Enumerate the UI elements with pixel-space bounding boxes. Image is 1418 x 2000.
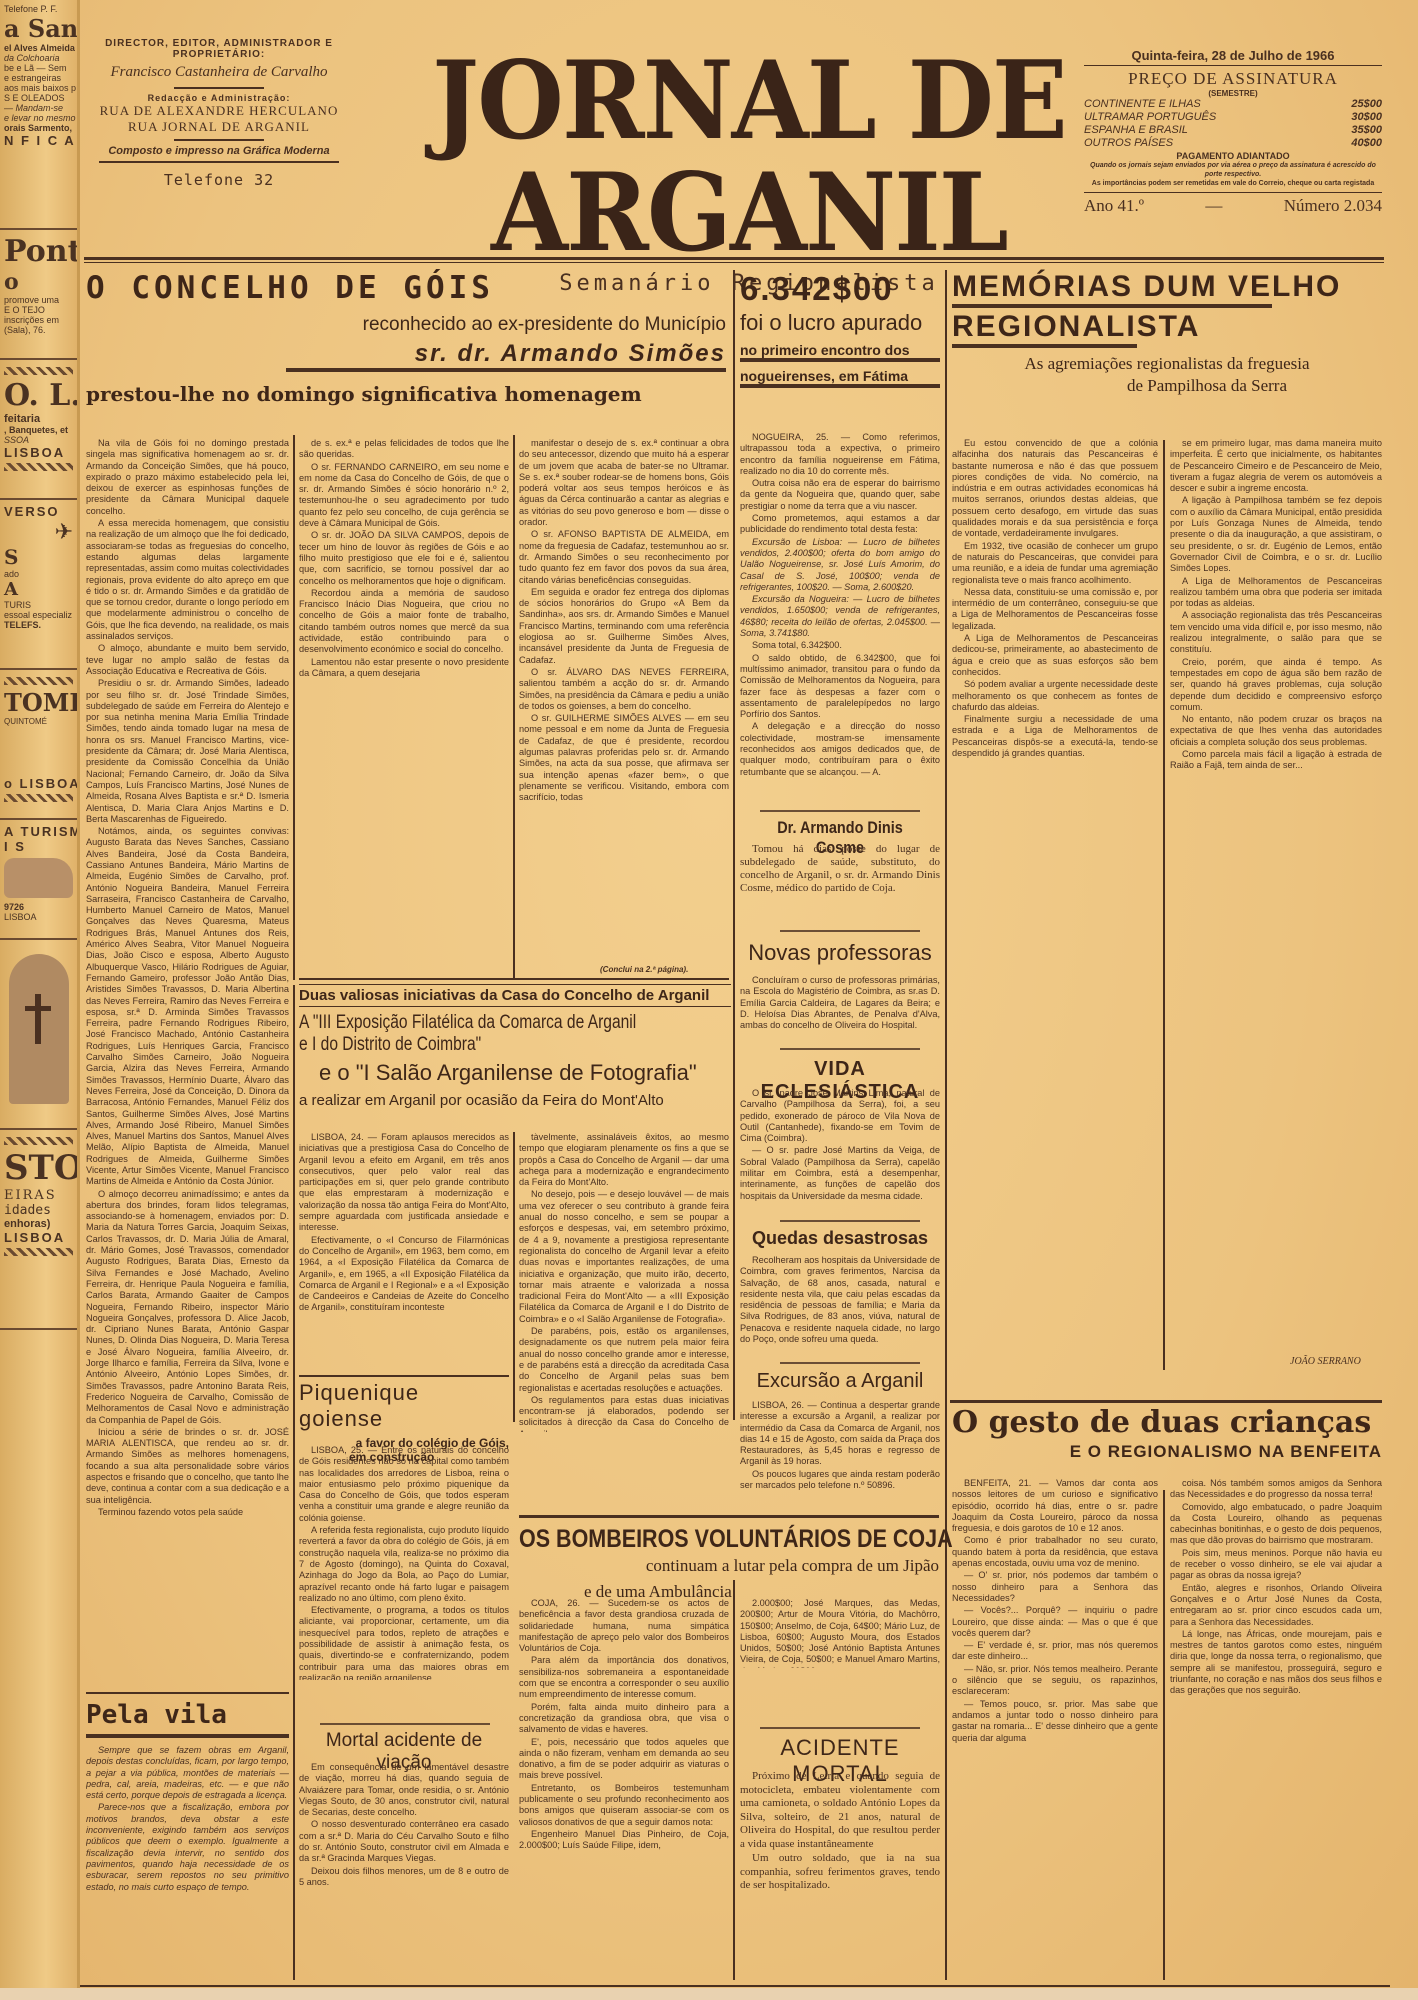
divider — [320, 1723, 490, 1725]
address-line-2: RUA JORNAL DE ARGANIL — [84, 119, 354, 135]
lucro-deck-3: nogueirenses, em Fátima — [740, 368, 940, 384]
masthead: DIRECTOR, EDITOR, ADMINISTRADOR E PROPRI… — [84, 30, 1384, 252]
remittance-note: As importâncias podem ser remetidas em v… — [1084, 179, 1382, 188]
ad-line: (Sala), 76. — [4, 325, 73, 335]
price-value: 35$00 — [1351, 124, 1382, 137]
ad-line: el Alves Almeida — [4, 43, 73, 53]
headline-underline — [952, 344, 1137, 348]
paragraph: Em 1932, tive ocasião de conhecer um gru… — [952, 541, 1158, 586]
pela-vila-headline: Pela vila — [86, 1700, 289, 1730]
paragraph: O sr. FERNANDO CARNEIRO, em seu nome e e… — [299, 462, 509, 530]
paragraph: Como parcela mais fácil a ligação à estr… — [1170, 749, 1382, 772]
headline-underline — [740, 384, 940, 388]
volume-year: Ano 41.º — [1084, 196, 1144, 216]
paragraph: O sr. GUILHERME SIMÕES ALVES — em seu no… — [519, 713, 729, 803]
ad-line: LISBOA — [4, 445, 73, 460]
rope-border — [4, 1248, 73, 1256]
divider — [780, 1220, 920, 1222]
price-region: CONTINENTE E ILHAS — [1084, 98, 1201, 111]
rope-border — [4, 1137, 73, 1145]
paragraph: LISBOA, 24. — Foram aplausos merecidos a… — [299, 1132, 509, 1234]
gois-deck-2: sr. dr. Armando Simões — [86, 340, 726, 368]
paragraph: Em consequência de um lamentável desastr… — [299, 1762, 509, 1818]
paragraph: Eu estou convencido de que a colónia alf… — [952, 438, 1158, 540]
paragraph: Recolheram aos hospitais da Universidade… — [740, 1255, 940, 1345]
excursao-headline: Excursão a Arganil — [740, 1370, 940, 1393]
eclesiastica-body: O sr. padre José Martins Lima, natural d… — [740, 1088, 940, 1213]
paragraph: manifestar o desejo de s. ex.ª continuar… — [519, 438, 729, 528]
ad-line: aos mais baixos p — [4, 83, 73, 93]
memorias-column-2: se em primeiro lugar, mas dama maneira m… — [1170, 438, 1382, 1353]
iniciativas-kicker: Duas valiosas iniciativas da Casa do Con… — [299, 984, 731, 1007]
headline-underline — [952, 304, 1272, 308]
paragraph: 2.000$00; José Marques, das Medas, 200$0… — [740, 1598, 940, 1668]
divider — [760, 810, 920, 812]
ad-line: essoal especializ — [4, 610, 73, 620]
paragraph: Efectivamente, o «I Concurso de Filarmón… — [299, 1235, 509, 1314]
paragraph: Pois sim, meus meninos. Porque não havia… — [1170, 1548, 1382, 1582]
piquenique-headline: Piquenique goiense — [299, 1380, 509, 1432]
subscription-period: (SEMESTRE) — [1084, 89, 1382, 98]
paragraph: Iniciou a série de brindes o sr. dr. JOS… — [86, 1427, 289, 1506]
column-rule — [293, 435, 295, 980]
column-rule — [513, 435, 515, 980]
column-rule — [513, 1132, 515, 1422]
section-rule — [519, 1515, 939, 1518]
mortal-body: Em consequência de um lamentável desastr… — [299, 1762, 509, 1902]
paragraph: coisa. Nós também somos amigos da Senhor… — [1170, 1478, 1382, 1501]
iniciativas-article-header: Duas valiosas iniciativas da Casa do Con… — [299, 984, 731, 1109]
lucro-article-header: 6.342$00 foi o lucro apurado no primeiro… — [740, 270, 940, 388]
paragraph: BENFEITA, 21. — Vamos dar conta aos noss… — [952, 1478, 1158, 1534]
paragraph: O nosso desventurado conterrâneo era cas… — [299, 1819, 509, 1864]
spine-ad-sto: STO EIRAS idades enhoras) LISBOA — [0, 1130, 77, 1330]
issue-number: Número 2.034 — [1284, 196, 1382, 216]
paragraph: O almoço decorreu animadíssimo; e antes … — [86, 1189, 289, 1426]
ad-line: ado — [4, 569, 73, 579]
lucro-deck-1: foi o lucro apurado — [740, 310, 940, 336]
column-rule — [293, 985, 295, 1980]
bombeiros-column-2: 2.000$00; José Marques, das Medas, 200$0… — [740, 1598, 940, 1668]
price-value: 30$00 — [1351, 111, 1382, 124]
column-rule — [733, 270, 735, 1420]
paragraph: Soma total, 6.342$00. — [740, 640, 940, 651]
divider — [99, 161, 339, 163]
memorias-headline-2: REGIONALISTA — [952, 310, 1382, 344]
ad-line: LISBOA — [4, 1230, 73, 1245]
paragraph: tàvelmente, assinaláveis êxitos, ao mesm… — [519, 1132, 729, 1188]
ad-line: S — [4, 545, 73, 569]
separator: — — [1205, 196, 1222, 216]
iniciativas-headline-2: e I do Distrito de Coimbra" — [299, 1034, 653, 1056]
gesto-article-header: O gesto de duas crianças E O REGIONALISM… — [952, 1405, 1382, 1462]
section-rule — [299, 978, 729, 980]
issue-number-line: Ano 41.º — Número 2.034 — [1084, 192, 1382, 216]
column-rule — [733, 1580, 735, 1980]
continued-note: (Conclui na 2.ª página). — [600, 965, 688, 974]
memorias-article-header: MEMÓRIAS DUM VELHO REGIONALISTA As agrem… — [952, 270, 1382, 396]
spine-ad-crucifix-image — [0, 940, 77, 1130]
rope-border — [4, 794, 73, 802]
ad-line: inscrições em — [4, 315, 73, 325]
paragraph: Entretanto, os Bombeiros testemunham pub… — [519, 1783, 729, 1828]
ad-line: VERSO — [4, 504, 73, 519]
paragraph: Terminou fazendo votos pela saúde — [86, 1507, 289, 1518]
ad-line: feitaria — [4, 413, 73, 425]
price-row: OUTROS PAÍSES40$00 — [1084, 137, 1382, 150]
ad-line: A TURISMO, L — [4, 824, 73, 839]
paragraph: O sr. dr. JOÃO DA SILVA CAMPOS, depois d… — [299, 530, 509, 586]
quedas-body: Recolheram aos hospitais da Universidade… — [740, 1255, 940, 1355]
column-rule — [945, 270, 947, 1980]
memorias-headline-1: MEMÓRIAS DUM VELHO — [952, 270, 1382, 304]
paragraph: LISBOA, 25. — Entre os naturais do conce… — [299, 1445, 509, 1524]
bombeiros-column-1: COJA, 26. — Sucedem-se os actos de benef… — [519, 1598, 729, 1978]
spine-ad-turismo-car: A TURISMO, L I S 9726 LISBOA — [0, 820, 77, 940]
paragraph: Excursão da Nogueira: — Lucro de bilhete… — [740, 594, 940, 639]
iniciativas-column-1: LISBOA, 24. — Foram aplausos merecidos a… — [299, 1132, 509, 1332]
paragraph: se em primeiro lugar, mas dama maneira m… — [1170, 438, 1382, 494]
director-name: Francisco Castanheira de Carvalho — [84, 64, 354, 81]
title-wordmark: JORNAL DE ARGANIL — [413, 45, 1085, 269]
paragraph: Lamentou não estar presente o novo presi… — [299, 657, 509, 680]
ad-line: A — [4, 579, 73, 600]
price-value: 25$00 — [1351, 98, 1382, 111]
paragraph: COJA, 26. — Sucedem-se os actos de benef… — [519, 1598, 729, 1654]
paragraph: A Liga de Melhoramentos de Pescanceiras … — [1170, 576, 1382, 610]
divider — [780, 930, 920, 932]
bombeiros-headline: OS BOMBEIROS VOLUNTÁRIOS DE COJA — [519, 1525, 880, 1554]
paragraph: A ligação à Pampilhosa também se fez dep… — [1170, 495, 1382, 574]
ad-line: , Banquetes, et — [4, 425, 73, 435]
paragraph: A Liga de Melhoramentos de Pescanceiras … — [952, 633, 1158, 678]
acidente-body: Próximo de Leiria e quando seguia de mot… — [740, 1770, 940, 1910]
lucro-amount: 6.342$00 — [740, 270, 940, 308]
spine-ad-santa-cruz: Telefone P. F. a Santa Cr el Alves Almei… — [0, 0, 77, 230]
price-row: ESPANHA E BRASIL35$00 — [1084, 124, 1382, 137]
paragraph: — O sr. padre José Martins da Veiga, de … — [740, 1145, 940, 1201]
paragraph: O sr. AFONSO BAPTISTA DE ALMEIDA, em nom… — [519, 529, 729, 585]
section-rule — [950, 1400, 1382, 1403]
iniciativas-column-2: tàvelmente, assinaláveis êxitos, ao mesm… — [519, 1132, 729, 1432]
lucro-article-body: NOGUEIRA, 25. — Como referimos, ultrapas… — [740, 432, 940, 807]
price-row: CONTINENTE E ILHAS25$00 — [1084, 98, 1382, 111]
spine-ad-verso-turismo: VERSO ✈ S ado A TURIS essoal especializ … — [0, 500, 77, 670]
paragraph: O sr. ÁLVARO DAS NEVES FERREIRA, salient… — [519, 667, 729, 712]
crucifix-monument-image — [9, 954, 69, 1104]
paragraph: Engenheiro Manuel Dias Pinheiro, de Coja… — [519, 1829, 729, 1852]
rope-border — [4, 463, 73, 471]
column-rule — [1163, 440, 1165, 1370]
paragraph: Só podem avaliar a urgente necessidade d… — [952, 679, 1158, 713]
gois-article-header: O CONCELHO DE GÓIS reconhecido ao ex-pre… — [86, 270, 726, 406]
issue-date: Quinta-feira, 28 de Julho de 1966 — [1084, 48, 1382, 66]
divider — [780, 1362, 920, 1364]
paragraph: Comovido, algo embatucado, o padre Joaqu… — [1170, 1502, 1382, 1547]
printer-credit: Composto e impresso na Gráfica Moderna — [84, 145, 354, 157]
ad-line: e levar no mesmo — [4, 113, 73, 123]
quedas-headline: Quedas desastrosas — [740, 1228, 940, 1249]
ad-line: I S — [4, 839, 73, 854]
paragraph: Recordou ainda a memória de saudoso Fran… — [299, 588, 509, 656]
price-region: ULTRAMAR PORTUGUÊS — [1084, 111, 1216, 124]
author-signature: JOÃO SERRANO — [1290, 1356, 1361, 1367]
redaccao-label: Redacção e Administração: — [84, 93, 354, 103]
section-rule — [86, 1734, 289, 1738]
ad-line: S E OLEADOS — [4, 93, 73, 103]
paragraph: Na vila de Góis foi no domingo prestada … — [86, 438, 289, 517]
cross-icon — [35, 994, 41, 1044]
paragraph: O saldo obtido, de 6.342$00, que foi mul… — [740, 653, 940, 721]
price-region: ESPANHA E BRASIL — [1084, 124, 1188, 137]
paragraph: Como prometemos, aqui estamos a dar publ… — [740, 513, 940, 536]
masthead-rule — [84, 257, 1384, 260]
rope-border — [4, 367, 73, 375]
gois-deck-1: reconhecido ao ex-presidente do Municípi… — [86, 314, 726, 336]
price-row: ULTRAMAR PORTUGUÊS30$00 — [1084, 111, 1382, 124]
paragraph: Para além da importância dos donativos, … — [519, 1655, 729, 1700]
iniciativas-headline-3: e o "I Salão Arganilense de Fotografia" — [299, 1060, 731, 1086]
paragraph: de s. ex.ª e pelas felicidades de todos … — [299, 438, 509, 461]
paragraph: Presidiu o sr. dr. Armando Simões, ladea… — [86, 678, 289, 825]
iniciativas-deck: a realizar em Arganil por ocasião da Fei… — [299, 1092, 731, 1109]
ad-line: idades — [4, 1203, 73, 1218]
paragraph: Creio, porém, que ainda é tempo. As temp… — [1170, 657, 1382, 713]
price-value: 40$00 — [1351, 137, 1382, 150]
paragraph: Um outro soldado, que ia na sua companhi… — [740, 1852, 940, 1893]
paragraph: Os poucos lugares que ainda restam poder… — [740, 1469, 940, 1492]
ad-line: 9726 — [4, 902, 73, 912]
ad-line: E O TEJO — [4, 305, 73, 315]
paragraph: — Não, sr. prior. Nós temos mealheiro. P… — [952, 1664, 1158, 1698]
subscription-price-title: PREÇO DE ASSINATURA — [1084, 69, 1382, 89]
gesto-column-1: BENFEITA, 21. — Vamos dar conta aos noss… — [952, 1478, 1158, 1978]
gois-article-column-2: de s. ex.ª e pelas felicidades de todos … — [299, 438, 509, 973]
airmail-note: Quando os jornais sejam enviados por via… — [1084, 161, 1382, 179]
ad-line: e estrangeiras — [4, 73, 73, 83]
masthead-rule — [84, 262, 1384, 263]
telephone: Telefone 32 — [84, 171, 354, 189]
spine-ad-ponte: Pont o promove uma E O TEJO inscrições e… — [0, 230, 77, 360]
iniciativas-headline-1: A "III Exposição Filatélica da Comarca d… — [299, 1012, 653, 1034]
paragraph: — Temos pouco, sr. prior. Mas sabe que a… — [952, 1699, 1158, 1744]
rope-border — [4, 677, 73, 685]
professoras-body: Concluíram o curso de professoras primár… — [740, 975, 940, 1045]
ad-line: da Colchoaria — [4, 53, 73, 63]
page-bottom-rule — [80, 1985, 1390, 1987]
paragraph: No entanto, não podem cruzar os braços n… — [1170, 714, 1382, 748]
ad-line: Telefone P. F. — [4, 4, 73, 14]
airplane-icon: ✈ — [4, 519, 73, 545]
paragraph: — E' verdade é, sr. prior, mas nós quere… — [952, 1640, 1158, 1663]
paragraph: De parabéns, pois, estão os arganilenses… — [519, 1326, 729, 1394]
gois-headline: O CONCELHO DE GÓIS — [86, 270, 726, 306]
ad-line: STO — [4, 1148, 73, 1188]
paragraph: Então, alegres e risonhos, Orlando Olive… — [1170, 1583, 1382, 1628]
price-region: OUTROS PAÍSES — [1084, 137, 1173, 150]
gois-article-column-3: manifestar o desejo de s. ex.ª continuar… — [519, 438, 729, 963]
divider — [174, 87, 264, 89]
masthead-publisher-info: DIRECTOR, EDITOR, ADMINISTRADOR E PROPRI… — [84, 38, 354, 189]
spine-ad-quintome: TOMÉ QUINTOMÉ o LISBOA — [0, 670, 77, 820]
paragraph: E', pois, necessário que todos aqueles q… — [519, 1737, 729, 1782]
paragraph: Notámos, ainda, os seguintes convivas: A… — [86, 826, 289, 1188]
paragraph: Tomou há dias posse do lugar de subdeleg… — [740, 843, 940, 895]
paragraph: Próximo de Leiria e quando seguia de mot… — [740, 1770, 940, 1851]
excursao-body: LISBOA, 26. — Continua a despertar grand… — [740, 1400, 940, 1510]
paragraph: Porém, falta ainda muito dinheiro para a… — [519, 1702, 729, 1736]
ad-line: QUINTOMÉ — [4, 717, 73, 726]
ad-line: EIRAS — [4, 1188, 73, 1203]
bombeiros-article-header: OS BOMBEIROS VOLUNTÁRIOS DE COJA continu… — [519, 1525, 939, 1602]
divider — [780, 1048, 920, 1050]
ad-line: o LISBOA — [4, 776, 73, 791]
memorias-column-1: Eu estou convencido de que a colónia alf… — [952, 438, 1158, 1373]
paragraph: Outra coisa não era de esperar do bairri… — [740, 478, 940, 512]
cosme-body: Tomou há dias posse do lugar de subdeleg… — [740, 843, 940, 923]
ad-line: o — [4, 269, 73, 295]
ad-line: — Mandam-se — [4, 103, 73, 113]
lucro-deck-2: no primeiro encontro dos — [740, 342, 940, 358]
address-line-1: RUA DE ALEXANDRE HERCULANO — [84, 103, 354, 119]
gois-article-column-1: Na vila de Góis foi no domingo prestada … — [86, 438, 289, 1538]
paragraph: O almoço, abundante e muito bem servido,… — [86, 643, 289, 677]
divider — [174, 139, 264, 141]
ad-line: orais Sarmento, — [4, 123, 73, 133]
bombeiros-deck-1: continuam a lutar pela compra de um Jipã… — [519, 1556, 939, 1576]
cross-bar — [25, 1006, 51, 1011]
section-rule — [299, 1375, 509, 1377]
paragraph: Efectivamente, o programa, a todos os tí… — [299, 1605, 509, 1680]
headline-underline — [286, 368, 726, 372]
masthead-subscription-info: Quinta-feira, 28 de Julho de 1966 PREÇO … — [1084, 48, 1382, 216]
paragraph: — O' sr. prior, nós podemos dar também o… — [952, 1570, 1158, 1604]
ad-line: Pont — [4, 234, 73, 269]
gesto-deck: E O REGIONALISMO NA BENFEITA — [952, 1442, 1382, 1462]
payment-terms: PAGAMENTO ADIANTADO — [1084, 151, 1382, 161]
paragraph: LISBOA, 26. — Continua a despertar grand… — [740, 1400, 940, 1468]
gesto-column-2: coisa. Nós também somos amigos da Senhor… — [1170, 1478, 1382, 1978]
gois-deck-3: prestou-lhe no domingo significativa hom… — [86, 382, 726, 406]
page-bottom-edge — [0, 1988, 1418, 2000]
paragraph: Os regulamentos para estas duas iniciati… — [519, 1395, 729, 1432]
memorias-deck-1: As agremiações regionalistas da freguesi… — [952, 354, 1382, 374]
paragraph: A associação regionalista das três Pesca… — [1170, 610, 1382, 655]
ad-line: TURIS — [4, 600, 73, 610]
paragraph: Nessa data, constituiu-se uma comissão e… — [952, 587, 1158, 632]
ad-line: enhoras) — [4, 1218, 73, 1230]
ad-line: N F I C A — [4, 133, 73, 148]
paragraph: O sr. padre José Martins Lima, natural d… — [740, 1088, 940, 1144]
professoras-headline: Novas professoras — [740, 940, 940, 966]
pela-vila-body: Sempre que se fazem obras em Arganil, de… — [86, 1745, 289, 1980]
ad-line: be e Lã — Sem — [4, 63, 73, 73]
ad-line: LISBOA — [4, 912, 73, 922]
section-rule — [86, 1692, 289, 1694]
paragraph: NOGUEIRA, 25. — Como referimos, ultrapas… — [740, 432, 940, 477]
paragraph: Finalmente surgiu a necessidade de uma e… — [952, 714, 1158, 759]
ad-line: O. L.DA — [4, 378, 73, 413]
paragraph: No desejo, pois — e desejo louvável — de… — [519, 1189, 729, 1325]
paragraph: Excursão de Lisboa: — Lucro de bilhetes … — [740, 537, 940, 593]
ad-line: TOMÉ — [4, 688, 73, 717]
paragraph: A essa merecida homenagem, que consistiu… — [86, 518, 289, 642]
car-icon — [4, 858, 73, 898]
headline-underline — [740, 358, 940, 362]
paragraph: Parece-nos que a fiscalização, embora po… — [86, 1802, 289, 1892]
divider — [760, 1727, 920, 1729]
paragraph: Concluíram o curso de professoras primár… — [740, 975, 940, 1031]
gesto-headline: O gesto de duas crianças — [952, 1405, 1382, 1440]
paragraph: A referida festa regionalista, cujo prod… — [299, 1525, 509, 1604]
paragraph: Deixou dois filhos menores, um de 8 e ou… — [299, 1866, 509, 1889]
paragraph: Lá longe, nas Áfricas, onde mourejam, pa… — [1170, 1629, 1382, 1697]
paragraph: Em seguida e orador fez entrega dos dipl… — [519, 587, 729, 666]
ad-line: SSOA — [4, 435, 73, 445]
ad-line: TELEFS. — [4, 620, 73, 630]
adjacent-page-ads: Telefone P. F. a Santa Cr el Alves Almei… — [0, 0, 80, 1988]
director-label: DIRECTOR, EDITOR, ADMINISTRADOR E PROPRI… — [84, 38, 354, 60]
column-rule — [1163, 1490, 1165, 1980]
piquenique-body: LISBOA, 25. — Entre os naturais do conce… — [299, 1445, 509, 1680]
paragraph: A delegação e a direcção do nosso colect… — [740, 721, 940, 777]
paragraph: Como é prior trabalhador no seu curato, … — [952, 1535, 1158, 1569]
ad-line: promove uma — [4, 295, 73, 305]
paragraph: — Vocês?... Porquê? — inquiriu o padre L… — [952, 1605, 1158, 1639]
spine-ad-pastelaria: O. L.DA feitaria , Banquetes, et SSOA LI… — [0, 360, 77, 500]
ad-line: a Santa Cr — [4, 14, 73, 43]
memorias-deck-2: de Pampilhosa da Serra — [1032, 376, 1382, 396]
paragraph: Sempre que se fazem obras em Arganil, de… — [86, 1745, 289, 1801]
